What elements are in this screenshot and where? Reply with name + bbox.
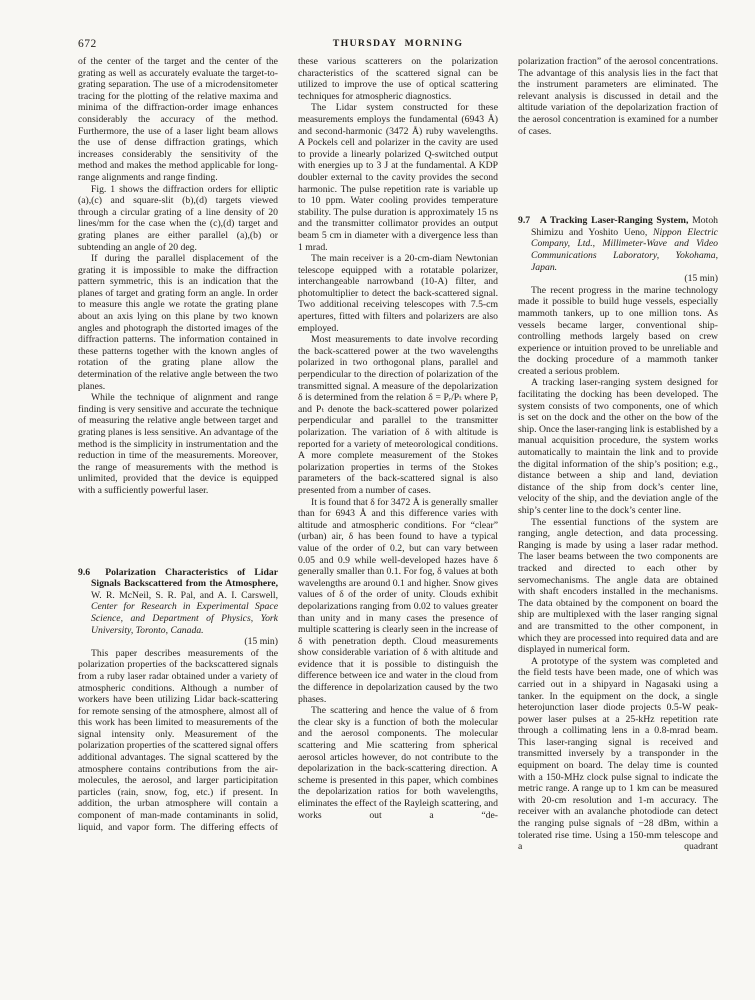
text-columns: of the center of the target and the cent… <box>78 56 718 853</box>
abstract-paragraph: This paper describes measurements of the… <box>78 648 278 834</box>
session-number: 9.6 <box>78 567 90 578</box>
abstract-paragraph: The main receiver is a 20-cm-diam Newton… <box>298 253 498 334</box>
abstract-paragraph: Fig. 1 shows the diffraction orders for … <box>78 184 278 254</box>
abstract-paragraph: If during the parallel displacement of t… <box>78 253 278 392</box>
column-2: these various scatterers on the polariza… <box>298 56 498 853</box>
page-number: 672 <box>78 38 97 50</box>
session-title: A Tracking Laser-Ranging System, <box>540 215 689 226</box>
abstract-paragraph: The scattering and hence the value of δ … <box>298 705 498 821</box>
session-number: 9.7 <box>518 215 530 226</box>
abstract-paragraph: The recent progress in the marine techno… <box>518 285 718 378</box>
column-3: polarization fraction” of the aerosol co… <box>518 56 718 853</box>
abstract-paragraph: The Lidar system constructed for these m… <box>298 102 498 253</box>
section-gap <box>78 497 278 567</box>
duration-label: (15 min) <box>78 636 278 648</box>
section-gap <box>518 137 718 215</box>
abstract-paragraph: A prototype of the system was completed … <box>518 656 718 853</box>
abstract-paragraph: The essential functions of the system ar… <box>518 517 718 656</box>
session-heading: 9.7 A Tracking Laser-Ranging System, Mot… <box>518 215 718 273</box>
abstract-paragraph: of the center of the target and the cent… <box>78 56 278 184</box>
duration-label: (15 min) <box>518 273 718 285</box>
session-heading: 9.6 Polarization Characteristics of Lida… <box>78 567 278 637</box>
abstract-paragraph: Most measurements to date involve record… <box>298 334 498 496</box>
abstract-paragraph: polarization fraction” of the aerosol co… <box>518 56 718 137</box>
session-affiliation: Center for Research in Experimental Spac… <box>91 601 278 635</box>
abstract-paragraph: While the technique of alignment and ran… <box>78 392 278 496</box>
abstract-paragraph: It is found that δ for 3472 Å is general… <box>298 497 498 706</box>
page-header: 672 THURSDAY MORNING <box>78 38 718 52</box>
session-title: Polarization Characteristics of Lidar Si… <box>91 567 278 590</box>
journal-page: 672 THURSDAY MORNING of the center of th… <box>0 0 755 1000</box>
abstract-paragraph: A tracking laser-ranging system designed… <box>518 377 718 516</box>
abstract-paragraph: these various scatterers on the polariza… <box>298 56 498 102</box>
column-1: of the center of the target and the cent… <box>78 56 278 853</box>
session-authors: W. R. McNeil, S. R. Pal, and A. I. Carsw… <box>91 590 278 601</box>
running-head: THURSDAY MORNING <box>78 38 718 49</box>
